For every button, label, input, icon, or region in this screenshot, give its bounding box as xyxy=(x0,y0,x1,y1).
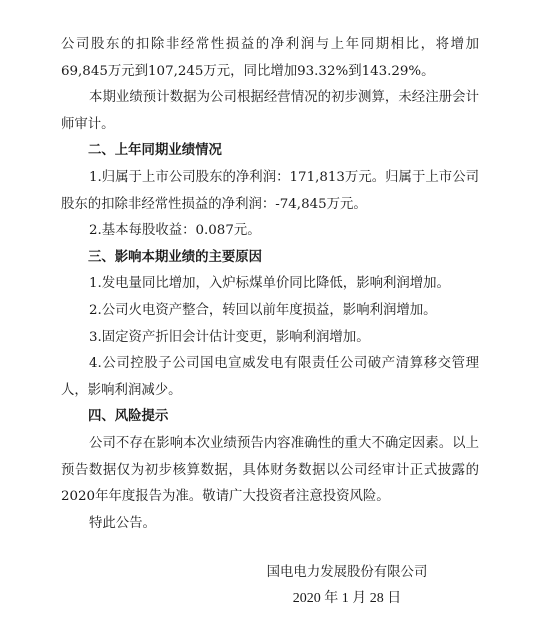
signature-block: 国电电力发展股份有限公司 2020 年 1 月 28 日 xyxy=(262,560,432,612)
paragraph-eps: 2.基本每股收益：0.087元。 xyxy=(61,218,479,245)
paragraph-reason-4: 4.公司控股子公司国电宣威发电有限责任公司破产清算移交管理人，影响利润减少。 xyxy=(61,351,479,404)
paragraph-audit-note: 本期业绩预计数据为公司根据经营情况的初步测算，未经注册会计师审计。 xyxy=(61,85,479,138)
paragraph-reason-2: 2.公司火电资产整合，转回以前年度损益，影响利润增加。 xyxy=(61,298,479,325)
paragraph-profit-change: 公司股东的扣除非经常性损益的净利润与上年同期相比，将增加69,845万元到107… xyxy=(61,32,479,85)
paragraph-risk: 公司不存在影响本次业绩预告内容准确性的重大不确定因素。以上预告数据仅为初步核算数… xyxy=(61,431,479,511)
announcement-date: 2020 年 1 月 28 日 xyxy=(262,586,432,612)
section-heading-prior-year: 二、上年同期业绩情况 xyxy=(61,138,479,165)
section-heading-risk: 四、风险提示 xyxy=(61,404,479,431)
paragraph-reason-1: 1.发电量同比增加，入炉标煤单价同比降低，影响利润增加。 xyxy=(61,271,479,298)
announcement-body: 公司股东的扣除非经常性损益的净利润与上年同期相比，将增加69,845万元到107… xyxy=(61,32,479,537)
paragraph-net-profit: 1.归属于上市公司股东的净利润：171,813万元。归属于上市公司股东的扣除非经… xyxy=(61,165,479,218)
paragraph-closing: 特此公告。 xyxy=(61,511,479,538)
company-name: 国电电力发展股份有限公司 xyxy=(262,560,432,586)
paragraph-reason-3: 3.固定资产折旧会计估计变更，影响利润增加。 xyxy=(61,325,479,352)
section-heading-reasons: 三、影响本期业绩的主要原因 xyxy=(61,245,479,272)
